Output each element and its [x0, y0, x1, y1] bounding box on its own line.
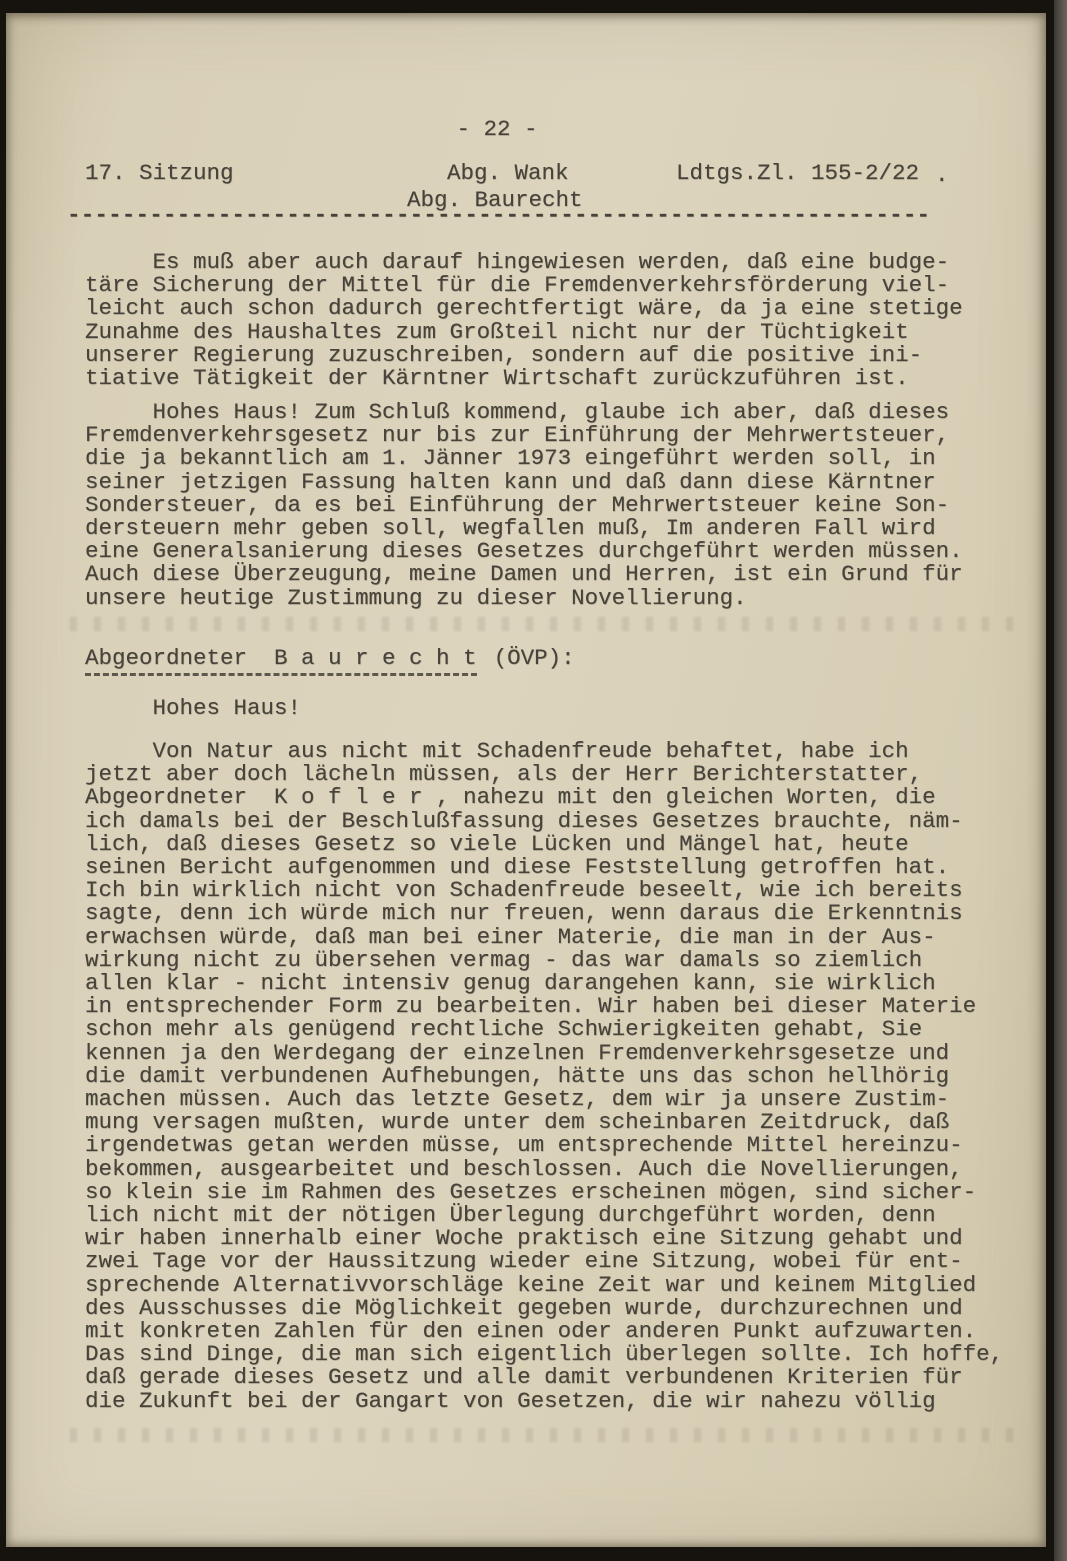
party-label-oevp: (ÖVP): — [494, 647, 575, 670]
header-speaker-wank: Abg. Wank — [447, 162, 569, 185]
paragraph-budget-sicherung: Es muß aber auch darauf hingewiesen werd… — [85, 251, 963, 390]
paragraph-mehrwertsteuer: Hohes Haus! Zum Schluß kommend, glaube i… — [85, 401, 963, 610]
speech-heading: Abgeordneter B a u r e c h t(ÖVP): — [85, 647, 575, 676]
ink-bleed-through-marks — [70, 617, 1020, 631]
ink-bleed-through-marks — [70, 1428, 1020, 1442]
page-number: - 22 - — [85, 118, 909, 141]
stray-period-mark: . — [935, 164, 949, 187]
scanned-document: { "document": { "page_number": "- 22 -",… — [0, 0, 1067, 1561]
salutation: Hohes Haus! — [85, 697, 301, 720]
scan-edge-shadow — [1054, 0, 1067, 1561]
document-reference: Ldtgs.Zl. 155-2/22 — [676, 162, 919, 185]
document-page: - 22 - 17. Sitzung Abg. Wank Abg. Baurec… — [6, 13, 1046, 1547]
session-label: 17. Sitzung — [85, 162, 234, 185]
speaker-name-baurecht: Abgeordneter B a u r e c h t — [85, 647, 477, 676]
paragraph-baurecht-speech: Von Natur aus nicht mit Schadenfreude be… — [85, 740, 1003, 1413]
header-separator-line: ----------------------------------------… — [67, 204, 930, 227]
